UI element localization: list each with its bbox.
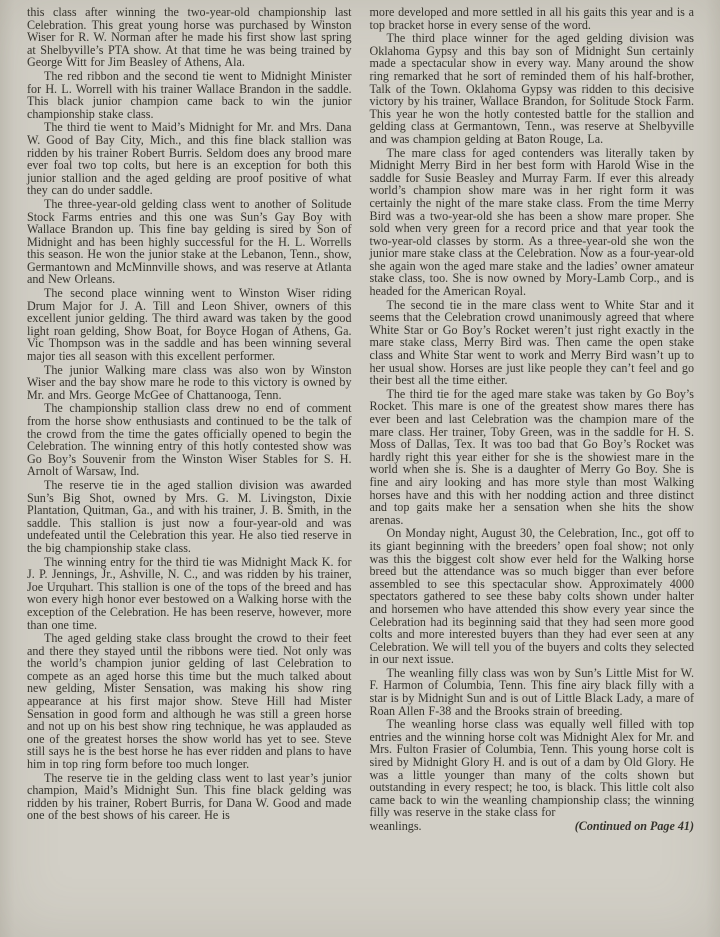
- magazine-page: this class after winning the two-year-ol…: [0, 0, 720, 937]
- right-paragraph-5: The third tie for the aged mare stake wa…: [370, 388, 695, 527]
- right-paragraph-3: The mare class for aged contenders was l…: [370, 147, 695, 298]
- left-paragraph-11: The reserve tie in the gelding class wen…: [27, 772, 352, 822]
- left-paragraph-2: The red ribbon and the second tie went t…: [27, 70, 352, 120]
- right-paragraph-2: The third place winner for the aged geld…: [370, 32, 695, 145]
- left-paragraph-10: The aged gelding stake class brought the…: [27, 632, 352, 771]
- right-paragraph-1: more developed and more settled in all h…: [370, 6, 695, 31]
- left-column: this class after winning the two-year-ol…: [27, 6, 352, 933]
- right-column: more developed and more settled in all h…: [370, 6, 695, 933]
- left-paragraph-7: The championship stallion class drew no …: [27, 402, 352, 478]
- left-paragraph-1: this class after winning the two-year-ol…: [27, 6, 352, 69]
- left-paragraph-4: The three-year-old gelding class went to…: [27, 198, 352, 286]
- right-paragraph-7: The weanling filly class was won by Sun’…: [370, 667, 695, 717]
- right-paragraph-8: The weanling horse class was equally wel…: [370, 718, 695, 819]
- left-paragraph-5: The second place winning went to Winston…: [27, 287, 352, 363]
- right-paragraph-4: The second tie in the mare class went to…: [370, 299, 695, 387]
- left-paragraph-9: The winning entry for the third tie was …: [27, 556, 352, 632]
- final-word: weanlings.: [370, 820, 422, 833]
- right-paragraph-6: On Monday night, August 30, the Celebrat…: [370, 527, 695, 666]
- left-paragraph-8: The reserve tie in the aged stallion div…: [27, 479, 352, 555]
- final-line: weanlings. (Continued on Page 41): [370, 820, 695, 833]
- continued-on-page-note: (Continued on Page 41): [575, 820, 694, 833]
- left-paragraph-6: The junior Walking mare class was also w…: [27, 364, 352, 402]
- left-paragraph-3: The third tie went to Maid’s Midnight fo…: [27, 121, 352, 197]
